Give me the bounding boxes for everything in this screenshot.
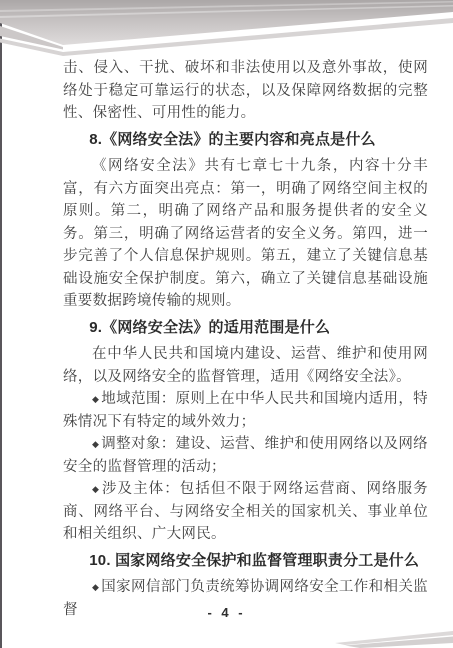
bullet-item-objects: ◆调整对象：建设、运营、维护和使用网络以及网络安全的监督管理的活动； [63, 433, 428, 478]
heading-q10: 10. 国家网络安全保护和监督管理职责分工是什么 [63, 550, 428, 573]
bullet-item-subjects: ◆涉及主体：包括但不限于网络运营商、网络服务商、网络平台、与网络安全相关的国家机… [63, 478, 428, 546]
bottom-corner-decoration [0, 628, 453, 648]
top-page-fold-decoration [0, 0, 453, 58]
heading-q8: 8.《网络安全法》的主要内容和亮点是什么 [63, 129, 428, 152]
diamond-bullet-icon: ◆ [92, 582, 99, 592]
bullet-item-scope: ◆地域范围：原则上在中华人民共和国境内适用，特殊情况下有特定的域外效力； [63, 388, 428, 433]
bullet-text: 调整对象：建设、运营、维护和使用网络以及网络安全的监督管理的活动； [63, 436, 428, 475]
diamond-bullet-icon: ◆ [92, 394, 99, 404]
bullet-text: 涉及主体：包括但不限于网络运营商、网络服务商、网络平台、与网络安全相关的国家机关… [63, 481, 428, 542]
diamond-bullet-icon: ◆ [92, 484, 100, 494]
paragraph-continuation: 击、侵入、干扰、破坏和非法使用以及意外事故，使网络处于稳定可靠运行的状态，以及保… [63, 57, 428, 125]
book-page: 击、侵入、干扰、破坏和非法使用以及意外事故，使网络处于稳定可靠运行的状态，以及保… [0, 0, 453, 648]
bullet-text: 地域范围：原则上在中华人民共和国境内适用，特殊情况下有特定的域外效力； [63, 391, 428, 430]
heading-q9: 9.《网络安全法》的适用范围是什么 [63, 317, 428, 340]
page-number: - 4 - [0, 605, 453, 620]
paragraph-q8: 《网络安全法》共有七章七十九条，内容十分丰富，有六方面突出亮点：第一，明确了网络… [63, 155, 428, 313]
diamond-bullet-icon: ◆ [92, 439, 99, 449]
page-left-border [0, 0, 2, 648]
page-content: 击、侵入、干扰、破坏和非法使用以及意外事故，使网络处于稳定可靠运行的状态，以及保… [63, 57, 428, 621]
paragraph-q9: 在中华人民共和国境内建设、运营、维护和使用网络，以及网络安全的监督管理，适用《网… [63, 343, 428, 388]
